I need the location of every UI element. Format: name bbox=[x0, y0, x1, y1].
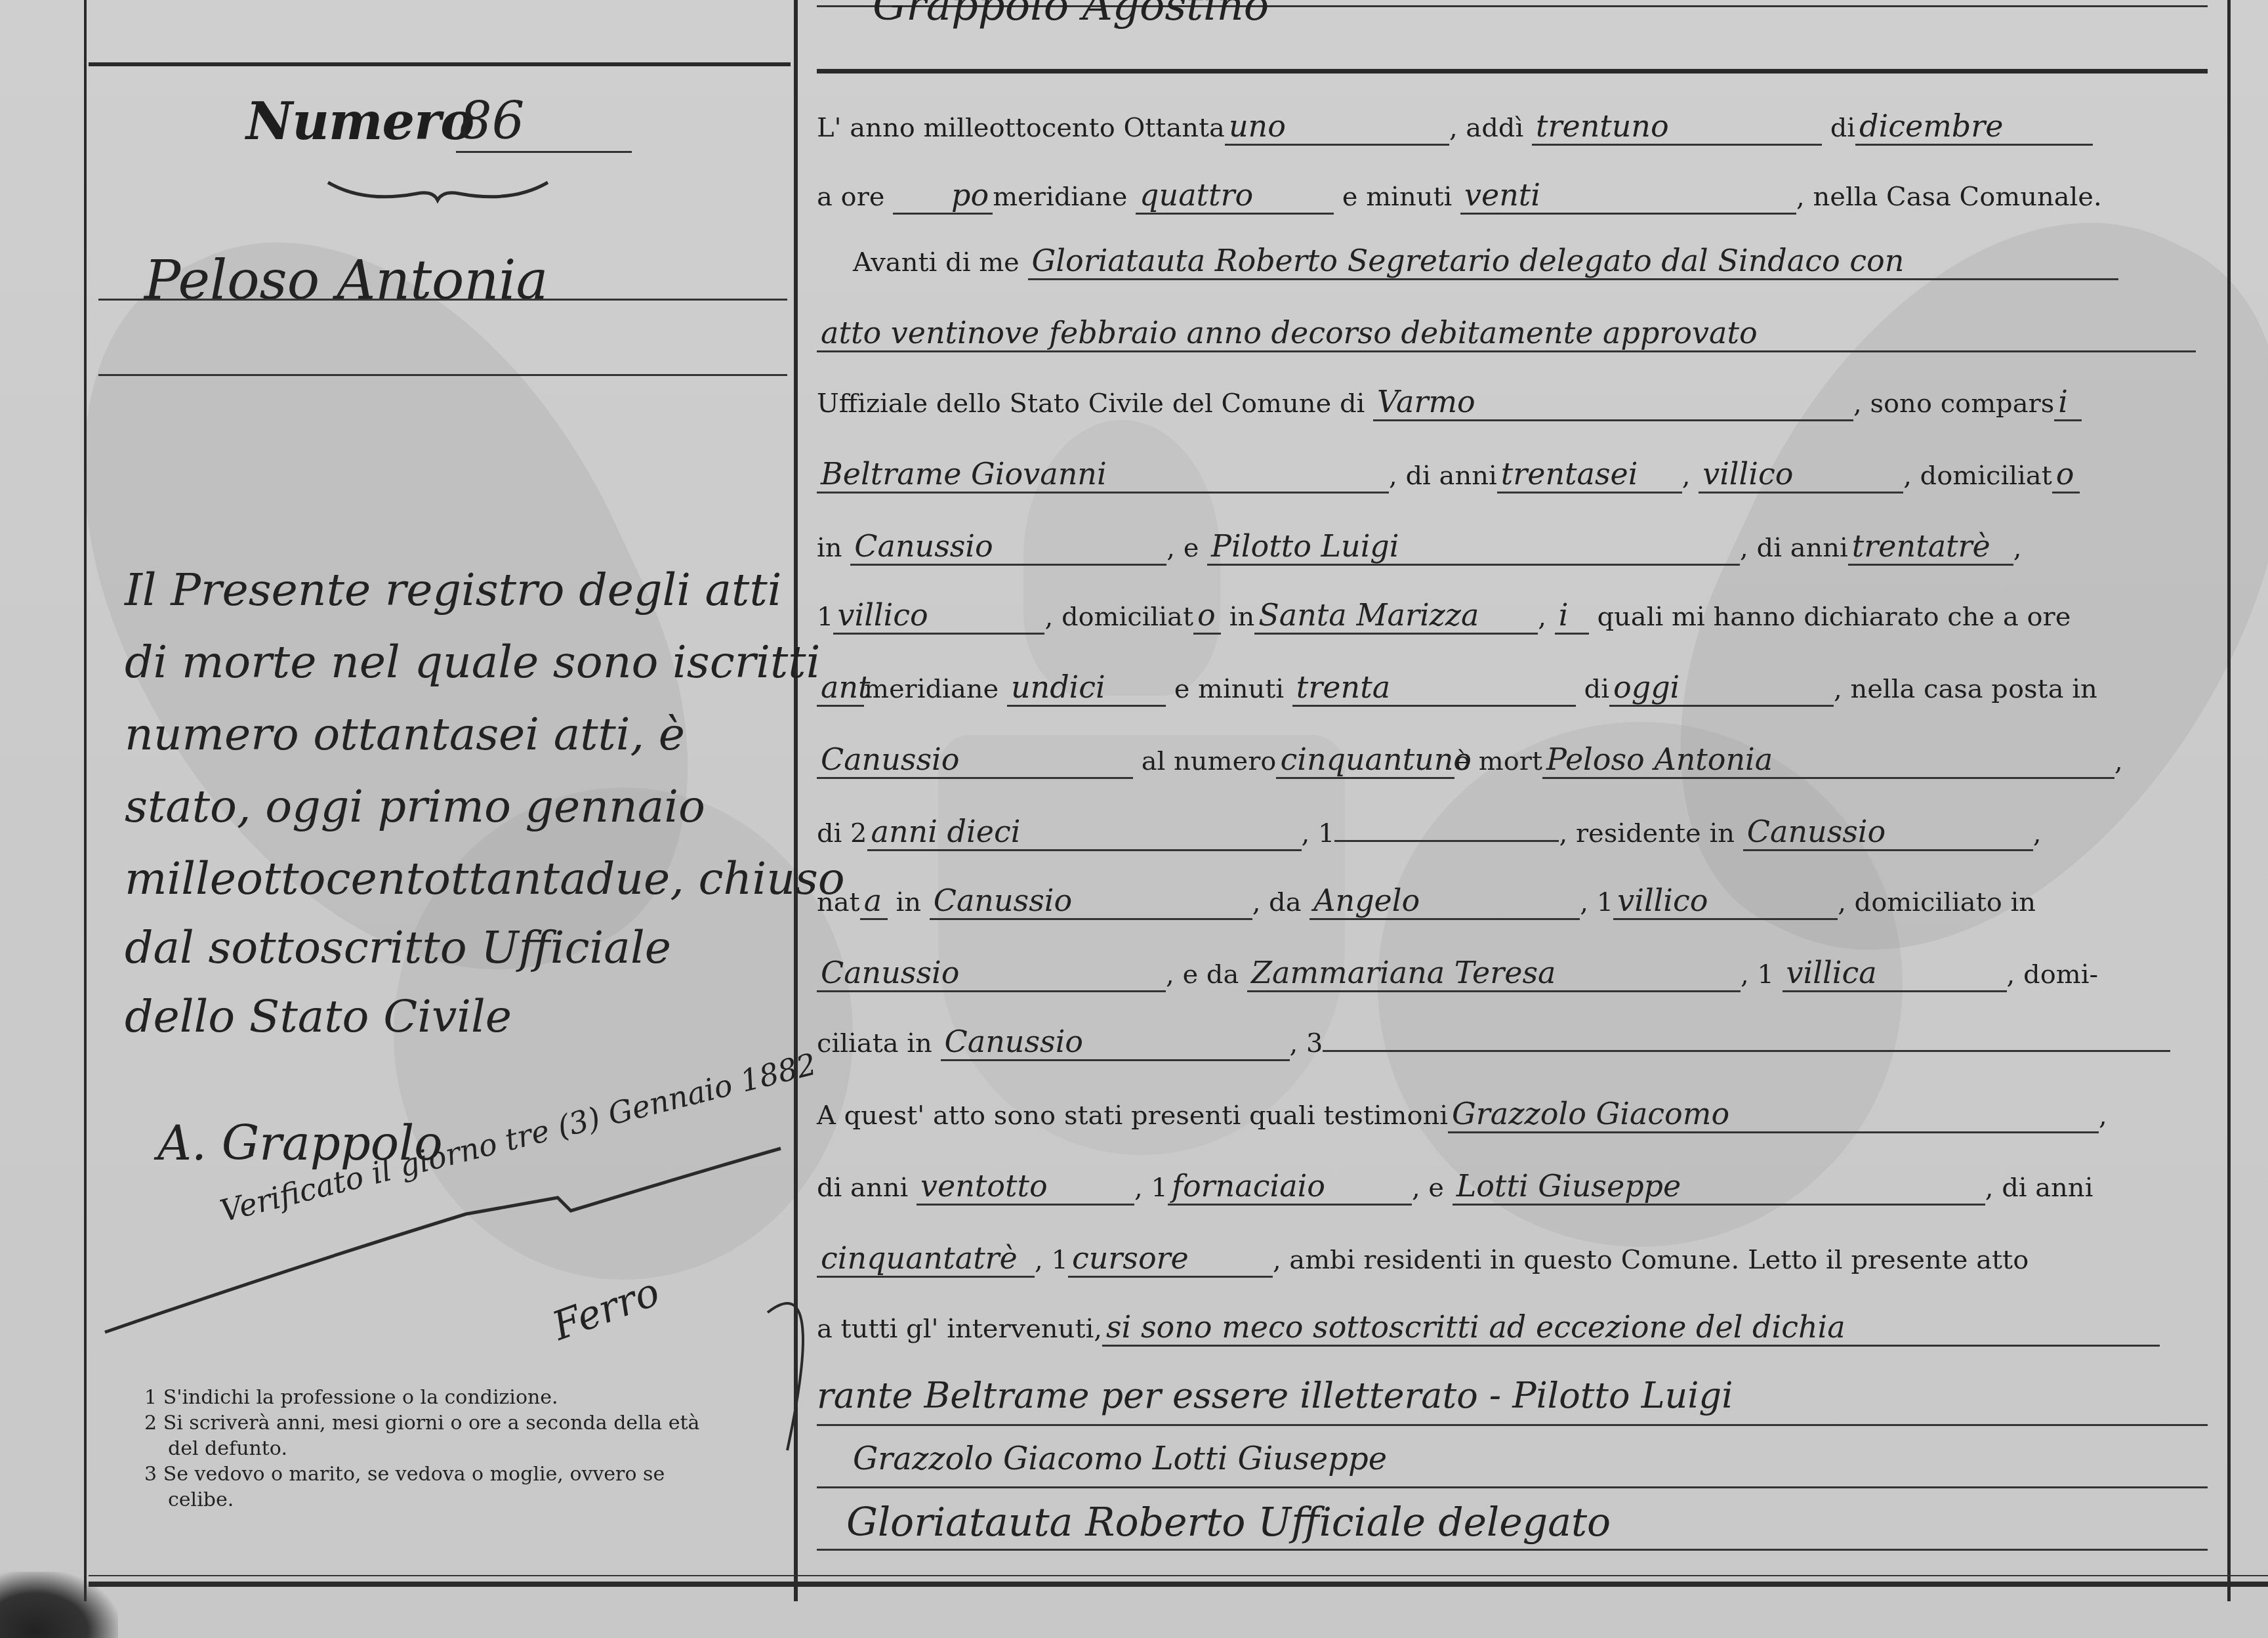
witness1-name: Beltrame Giovanni bbox=[817, 456, 1389, 493]
top-rule-right bbox=[817, 69, 2208, 73]
signature-clause: si sono meco sottoscritti ad eccezione d… bbox=[1102, 1309, 2160, 1347]
closing-rule-1 bbox=[817, 1424, 2208, 1426]
act-line-3: Avanti di me Gloriatauta Roberto Segreta… bbox=[817, 243, 2208, 295]
compars-suffix: i bbox=[2054, 384, 2082, 421]
mother-profession: villica bbox=[1783, 955, 2007, 992]
act-line-5: Uffiziale dello Stato Civile del Comune … bbox=[817, 384, 2208, 436]
father-name: Angelo bbox=[1309, 883, 1580, 920]
margin-rule bbox=[98, 374, 787, 376]
father-town: Canussio bbox=[817, 955, 1166, 992]
witness-b-name: Lotti Giuseppe bbox=[1453, 1168, 1985, 1206]
day-field: trentuno bbox=[1532, 108, 1822, 146]
act-line-17: cinquantatrè, 1cursore, ambi residenti i… bbox=[817, 1240, 2208, 1293]
year-field: uno bbox=[1225, 108, 1449, 146]
footnote-2-cont: del defunto. bbox=[144, 1436, 699, 1461]
witness1-profession: villico bbox=[1699, 456, 1903, 493]
deceased-full-name: Peloso Antonia bbox=[1542, 742, 2114, 779]
footnote-1: 1 S'indichi la professione o la condizio… bbox=[144, 1385, 699, 1410]
act-line-16: di anni ventotto, 1fornaciaio, e Lotti G… bbox=[817, 1168, 2208, 1221]
deceased-profession bbox=[1334, 840, 1559, 842]
top-rule-left bbox=[89, 62, 791, 66]
father-profession: villico bbox=[1613, 883, 1838, 920]
witness1-town: Canussio bbox=[850, 528, 1166, 566]
death-hour: undici bbox=[1007, 669, 1166, 707]
act-line-10: Canussio al numerocinquantunoè mortPelos… bbox=[817, 742, 2208, 794]
witness2-suffix: o bbox=[1193, 597, 1221, 635]
act-line-9: antmeridiane undici e minuti trenta diog… bbox=[817, 669, 2208, 722]
closing-note-line: numero ottantasei atti, è bbox=[125, 709, 685, 761]
signature-stroke bbox=[98, 1135, 794, 1352]
act-line-14: ciliata in Canussio, 3 bbox=[817, 1024, 2208, 1076]
closing-line-1: rante Beltrame per essere illetterato - … bbox=[817, 1375, 1733, 1416]
numero-label: Numero bbox=[246, 92, 474, 152]
footnote-3-cont: celibe. bbox=[144, 1487, 699, 1513]
footnotes: 1 S'indichi la professione o la condizio… bbox=[144, 1385, 699, 1513]
mother-name: Zammariana Teresa bbox=[1247, 955, 1741, 992]
act-line-11: di 2anni dieci, 1, residente in Canussio… bbox=[817, 814, 2208, 866]
house-number: cinquantuno bbox=[1276, 742, 1454, 779]
closing-line-2: Grazzolo Giacomo Lotti Giuseppe bbox=[853, 1440, 1387, 1477]
previous-entry-signature: Grappolo Agostino bbox=[873, 0, 1269, 30]
deceased-residence: Canussio bbox=[1743, 814, 2033, 851]
closing-rule-2 bbox=[817, 1486, 2208, 1488]
death-ampm: ant bbox=[817, 669, 864, 707]
closing-note-line: di morte nel quale sono iscritti bbox=[125, 637, 820, 688]
closing-note-line: milleottocentottantadue, chiuso bbox=[125, 853, 845, 905]
act-line-18: a tutti gl' intervenuti,si sono meco sot… bbox=[817, 1309, 2208, 1362]
hour-field: quattro bbox=[1136, 177, 1334, 215]
deceased-name-margin: Peloso Antonia bbox=[144, 249, 548, 312]
comune-field: Varmo bbox=[1373, 384, 1853, 421]
flourish-ornament bbox=[325, 177, 551, 203]
delegation-field: atto ventinove febbraio anno decorso deb… bbox=[817, 315, 2196, 352]
witness2-age: trentatrè bbox=[1848, 528, 2013, 566]
witness-a-age: ventotto bbox=[917, 1168, 1134, 1206]
register-page: Grappolo Agostino Numero 86 Peloso Anton… bbox=[0, 0, 2268, 1638]
bottom-rule bbox=[89, 1582, 2268, 1587]
bottom-rule-inner bbox=[89, 1575, 2268, 1576]
column-divider bbox=[794, 0, 798, 1601]
witness-a-profession: fornaciaio bbox=[1168, 1168, 1412, 1206]
closing-note-line: dello Stato Civile bbox=[125, 991, 512, 1043]
closing-note-line: dal sottoscritto Ufficiale bbox=[125, 922, 671, 974]
closing-note-line: Il Presente registro degli atti bbox=[125, 564, 782, 616]
minutes-field: venti bbox=[1460, 177, 1796, 215]
act-line-6: Beltrame Giovanni, di annitrentasei, vil… bbox=[817, 456, 2208, 509]
witness2-name: Pilotto Luigi bbox=[1207, 528, 1740, 566]
civil-status bbox=[1323, 1050, 2170, 1052]
act-line-7: in Canussio, e Pilotto Luigi, di annitre… bbox=[817, 528, 2208, 581]
act-line-2: a ore pomeridiane quattro e minuti venti… bbox=[817, 177, 2208, 230]
footnote-2: 2 Si scriverà anni, mesi giorni o ore a … bbox=[144, 1410, 699, 1436]
act-line-12: nata in Canussio, da Angelo, 1villico, d… bbox=[817, 883, 2208, 935]
witness2-profession: villico bbox=[833, 597, 1044, 635]
witness-b-profession: cursore bbox=[1068, 1240, 1273, 1278]
mother-town: Canussio bbox=[941, 1024, 1290, 1061]
act-line-4: atto ventinove febbraio anno decorso deb… bbox=[817, 315, 2208, 367]
officer-field: Gloriatauta Roberto Segretario delegato … bbox=[1028, 243, 2118, 280]
numero-underline bbox=[456, 151, 632, 153]
closing-rule-3 bbox=[817, 1549, 2208, 1551]
act-line-15: A quest' atto sono stati presenti quali … bbox=[817, 1096, 2208, 1148]
witness2-town: Santa Marizza bbox=[1254, 597, 1538, 635]
witness1-age: trentasei bbox=[1497, 456, 1682, 493]
death-day: oggi bbox=[1609, 669, 1834, 707]
act-line-8: 1villico, domiciliato inSanta Marizza, i… bbox=[817, 597, 2208, 650]
birthplace: Canussio bbox=[930, 883, 1252, 920]
ampm-field: po bbox=[893, 177, 993, 215]
name-rule bbox=[98, 299, 787, 301]
witness1-suffix: o bbox=[2052, 456, 2080, 493]
act-line-1: L' anno milleottocento Ottantauno, addì … bbox=[817, 108, 2208, 161]
i-suffix: i bbox=[1555, 597, 1589, 635]
act-line-13: Canussio, e da Zammariana Teresa, 1 vill… bbox=[817, 955, 2208, 1007]
left-border bbox=[84, 0, 87, 1601]
right-border bbox=[2227, 0, 2231, 1601]
closing-line-3: Gloriatauta Roberto Ufficiale delegato bbox=[846, 1500, 1611, 1545]
month-field: dicembre bbox=[1855, 108, 2093, 146]
witness-a-name: Grazzolo Giacomo bbox=[1448, 1096, 2099, 1133]
numero-value: 86 bbox=[459, 92, 524, 151]
death-town: Canussio bbox=[817, 742, 1133, 779]
closing-note-line: stato, oggi primo gennaio bbox=[125, 781, 705, 833]
deceased-age: anni dieci bbox=[867, 814, 1302, 851]
witness-b-age: cinquantatrè bbox=[817, 1240, 1035, 1278]
binder-shadow bbox=[0, 1572, 118, 1638]
nata-suffix: a bbox=[860, 883, 888, 920]
death-minutes: trenta bbox=[1292, 669, 1576, 707]
watermark-shield bbox=[938, 735, 1345, 1155]
footnote-3: 3 Se vedovo o marito, se vedova o moglie… bbox=[144, 1461, 699, 1487]
